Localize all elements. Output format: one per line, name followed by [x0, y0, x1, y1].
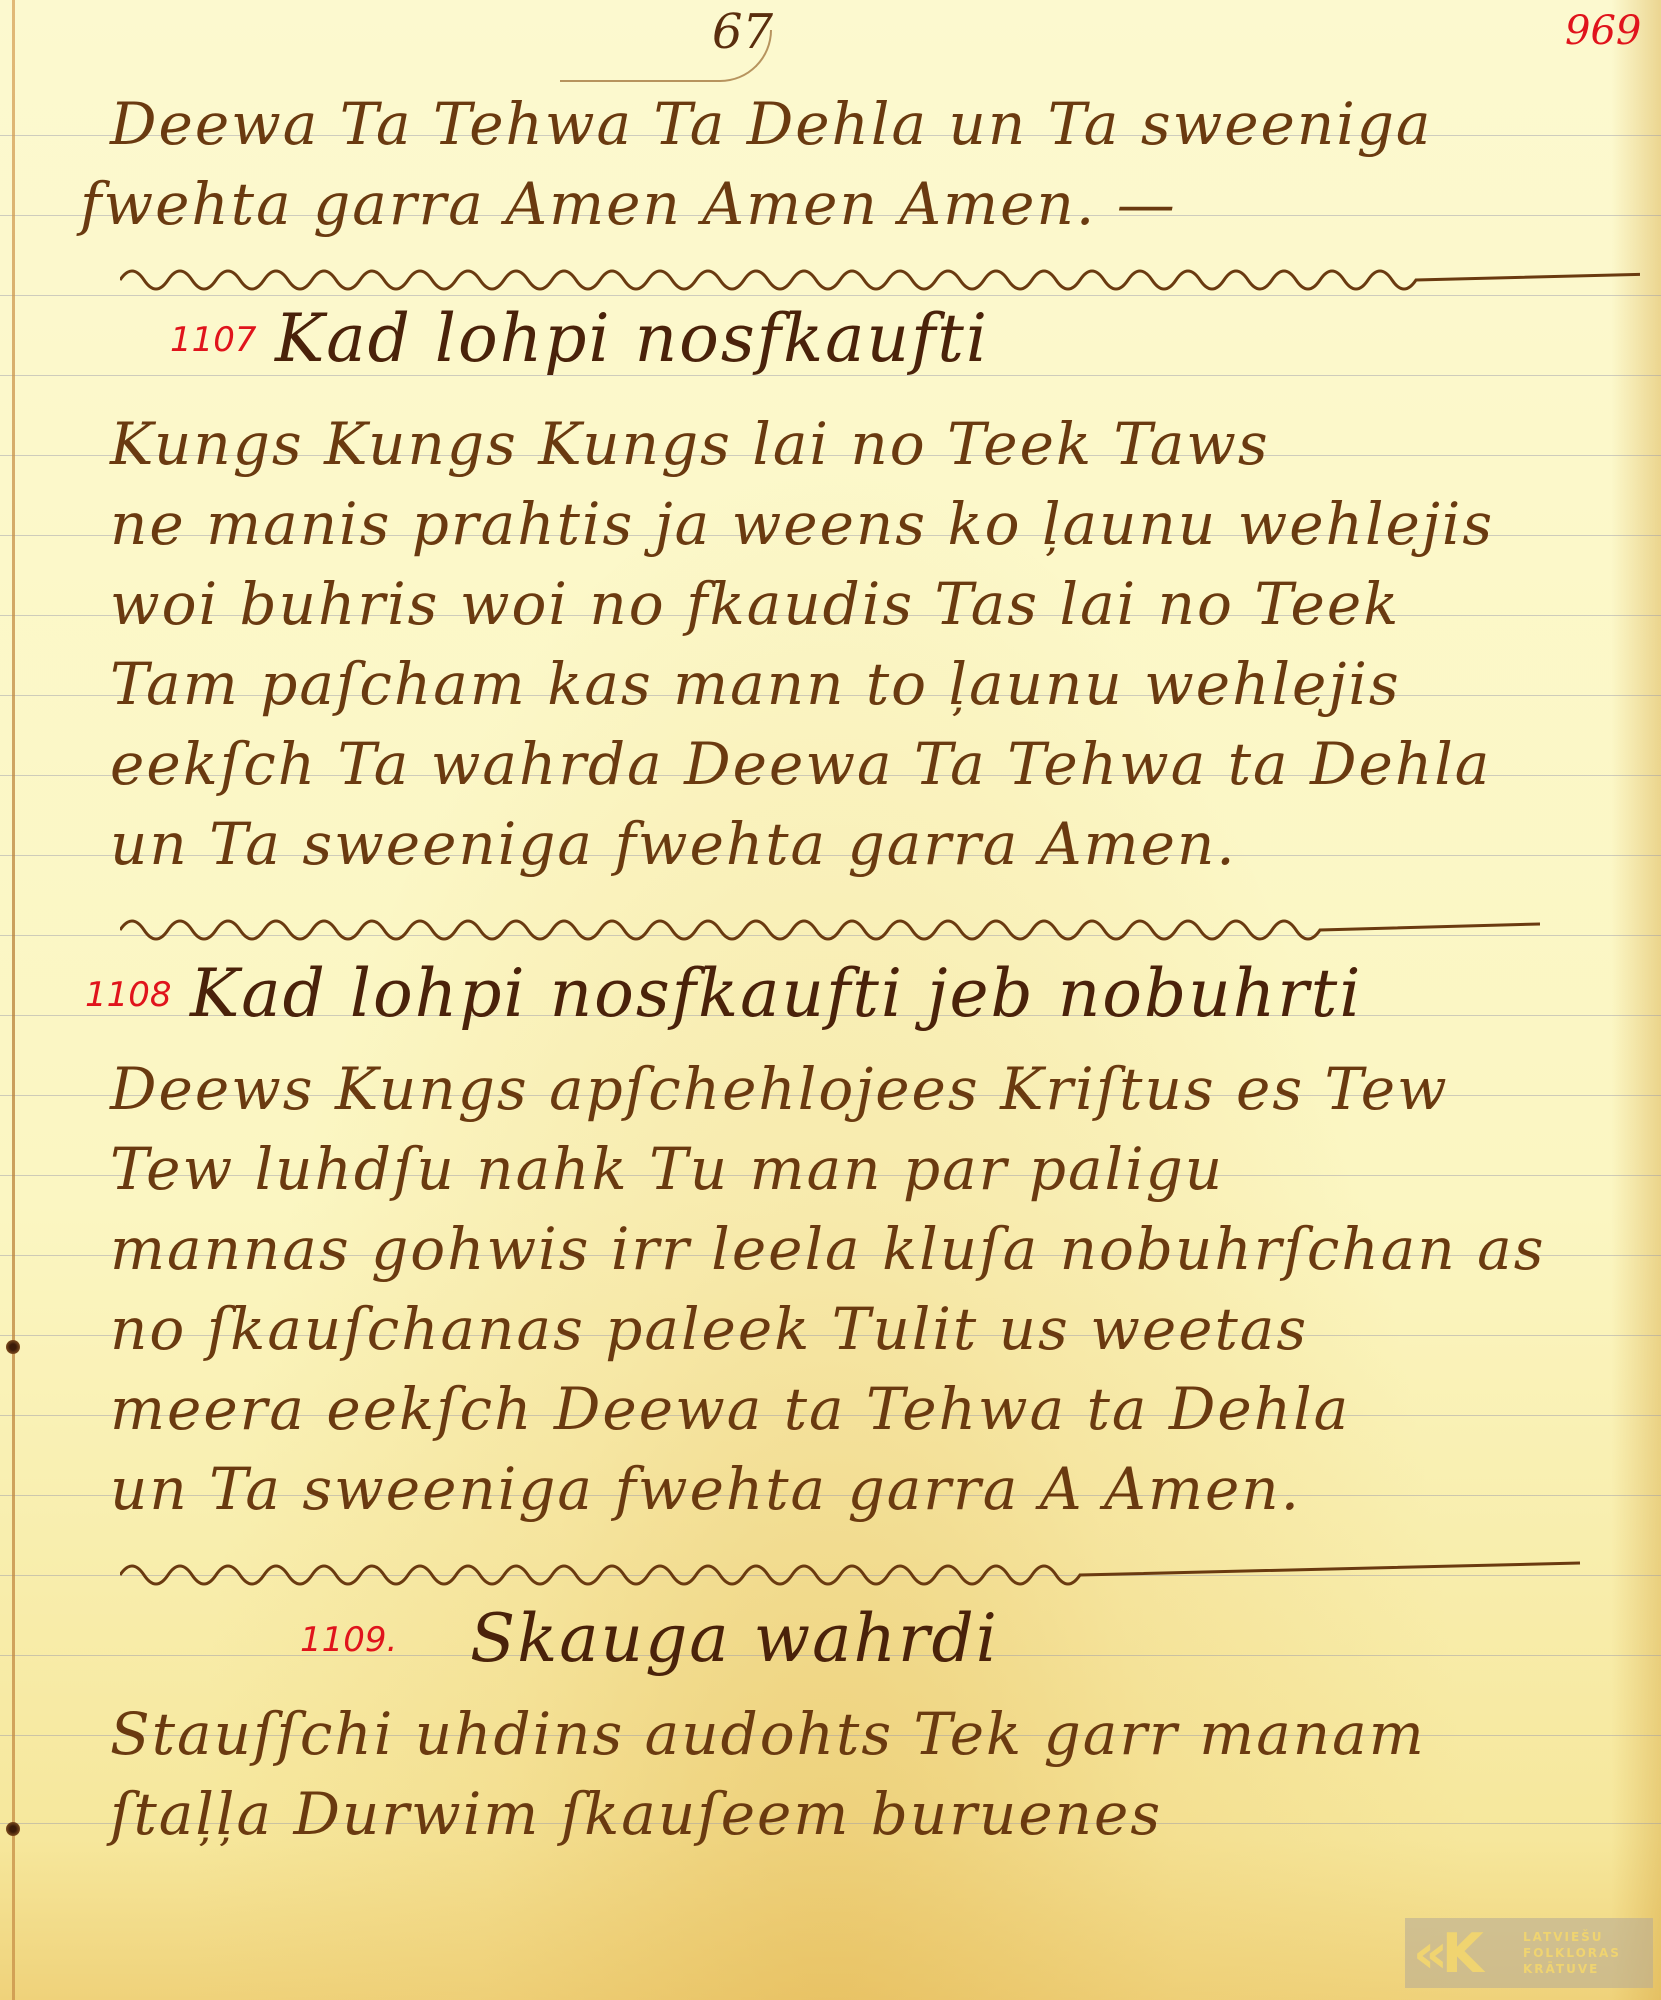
text-line: un Ta sweeniga fwehta garra A Amen.	[110, 1455, 1301, 1523]
archive-logo-icon: «K	[1405, 1922, 1523, 1985]
text-line: ne manis prahtis ja weens ko ļaunu wehle…	[110, 490, 1494, 558]
punch-hole	[6, 1822, 20, 1836]
folio-number: 969	[1565, 8, 1641, 54]
text-line: mannas gohwis irr leela kluſa nobuhrſcha…	[110, 1215, 1545, 1283]
punch-hole	[6, 1340, 20, 1354]
text-line: Tam paſcham kas mann to ļaunu wehlejis	[110, 650, 1401, 718]
entry-heading: Kad lohpi nosfkaufti	[275, 300, 989, 377]
text-line: un Ta sweeniga fwehta garra Amen.	[110, 810, 1237, 878]
text-line: meera eekſch Deewa ta Tehwa ta Dehla	[110, 1375, 1350, 1443]
ruled-line	[0, 295, 1661, 296]
text-line: woi buhris woi no fkaudis Tas lai no Tee…	[110, 570, 1400, 638]
divider-flourish	[120, 255, 1640, 295]
margin-line	[12, 0, 15, 2000]
archive-name: LATVIEŠU FOLKLORAS KRĀTUVE	[1523, 1929, 1621, 1977]
entry-heading: Kad lohpi nosfkaufti jeb nobuhrti	[190, 955, 1362, 1032]
page-number: 67	[712, 4, 773, 60]
entry-number: 1108	[85, 975, 172, 1015]
entry-heading: Skauga wahrdi	[470, 1600, 999, 1677]
manuscript-page: 67 969 Deewa Ta Tehwa Ta Dehla un Ta swe…	[0, 0, 1661, 2000]
archive-watermark: «K LATVIEŠU FOLKLORAS KRĀTUVE	[1405, 1918, 1653, 1988]
entry-number: 1107	[170, 320, 257, 360]
divider-flourish	[120, 905, 1540, 945]
divider-flourish	[120, 1550, 1600, 1590]
text-line: ſtaļļa Durwim ſkauſeem buruenes	[110, 1780, 1162, 1848]
text-line: fwehta garra Amen Amen Amen. —	[80, 170, 1177, 238]
text-line: no ſkauſchanas paleek Tulit us weetas	[110, 1295, 1308, 1363]
text-line: Stauſſchi uhdins audohts Tek garr manam	[110, 1700, 1426, 1768]
text-line: Kungs Kungs Kungs lai no Teek Taws	[110, 410, 1270, 478]
entry-number: 1109.	[300, 1620, 397, 1660]
text-line: Tew luhdſu nahk Tu man par paligu	[110, 1135, 1224, 1203]
text-line: Deewa Ta Tehwa Ta Dehla un Ta sweeniga	[110, 90, 1433, 158]
text-line: Deews Kungs apſchehlojees Kriſtus es Tew	[110, 1055, 1449, 1123]
text-line: eekſch Ta wahrda Deewa Ta Tehwa ta Dehla	[110, 730, 1491, 798]
